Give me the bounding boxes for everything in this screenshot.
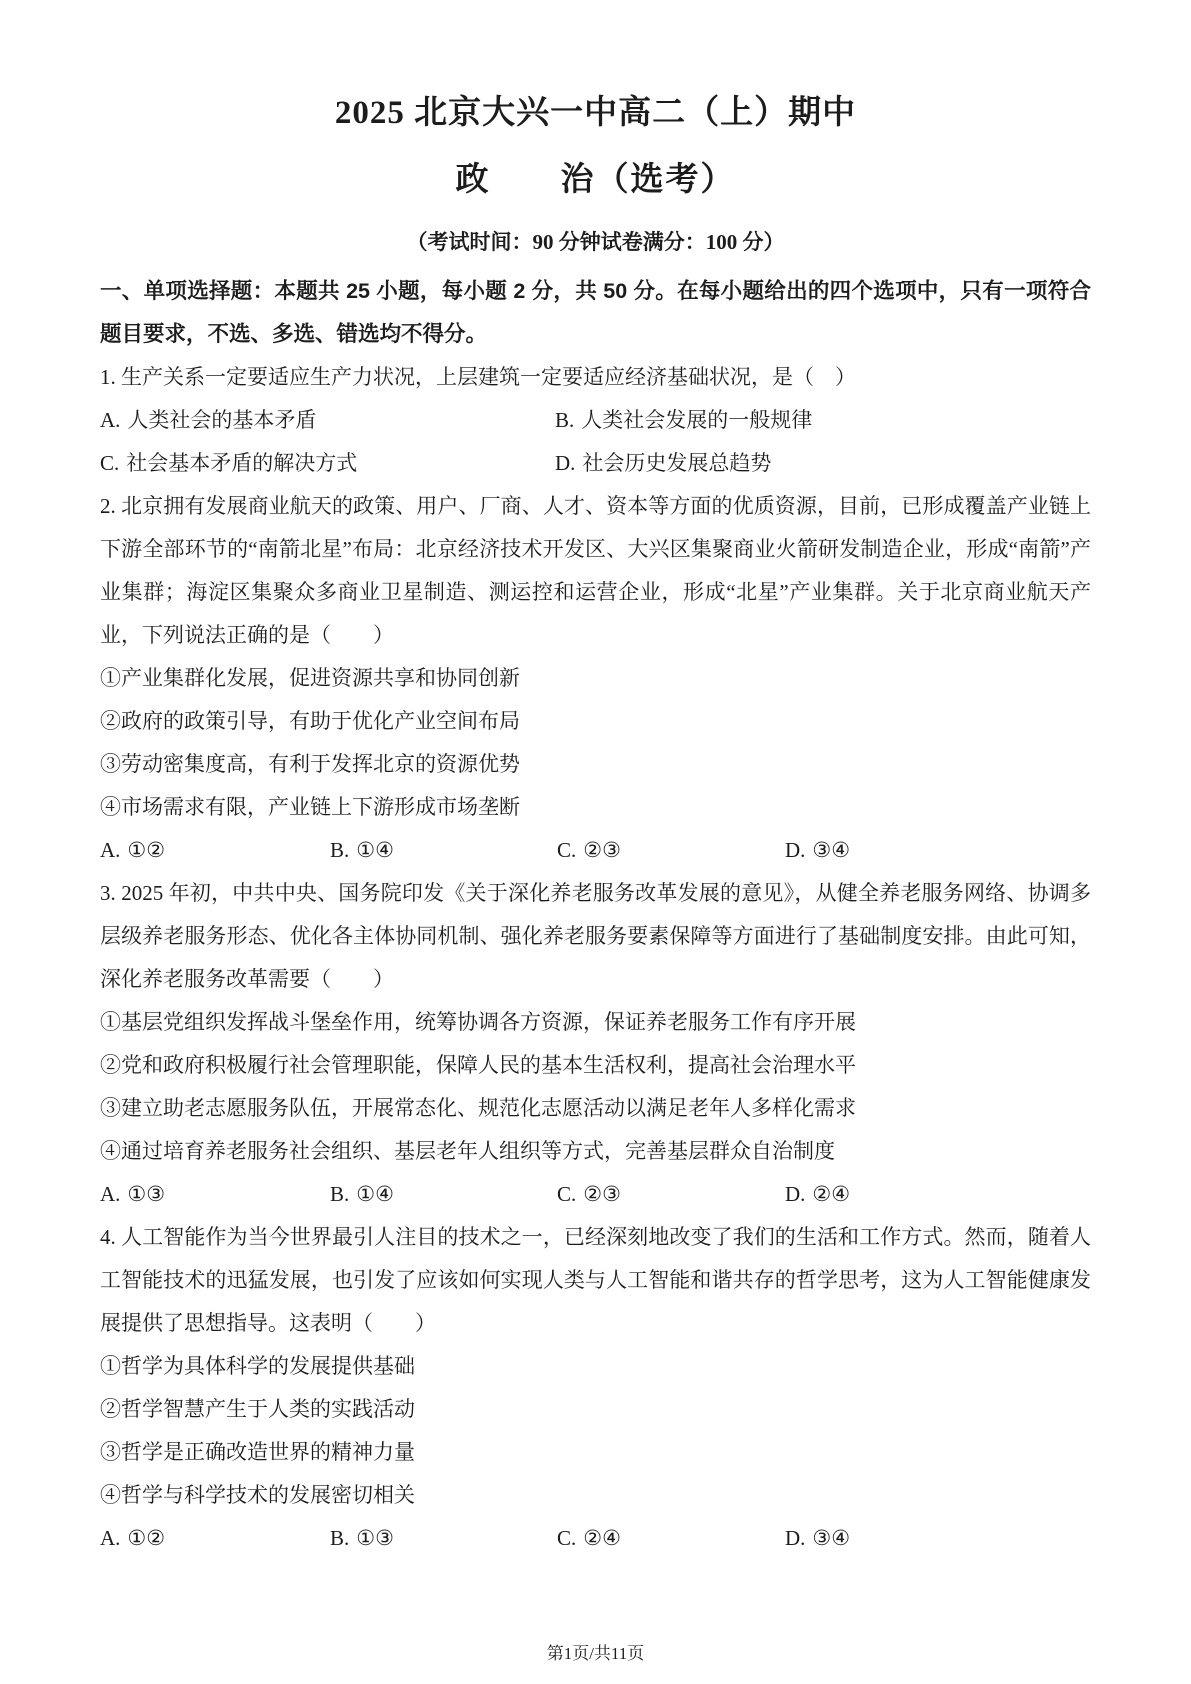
option-label: A. [100,1526,120,1550]
question-3-option-d: D.②④ [785,1173,1091,1216]
question-4-statement-3: ③哲学是正确改造世界的精神力量 [100,1431,1091,1474]
question-4-options: A.①② B.①③ C.②④ D.③④ [100,1517,1091,1560]
question-2-option-b: B.①④ [330,829,557,872]
option-label: B. [330,838,349,862]
option-text: 人类社会的基本矛盾 [127,408,316,432]
question-3-stem: 3. 2025 年初，中共中央、国务院印发《关于深化养老服务改革发展的意见》，从… [100,872,1091,1001]
option-label: D. [555,451,575,475]
page-number: 第1页/共11页 [0,1639,1191,1664]
question-3-statement-4: ④通过培育养老服务社会组织、基层老年人组织等方式，完善基层群众自治制度 [100,1130,1091,1173]
option-text: ①③ [356,1526,394,1550]
question-1-options: A.人类社会的基本矛盾 B.人类社会发展的一般规律 C.社会基本矛盾的解决方式 … [100,399,1091,485]
question-1-option-b: B.人类社会发展的一般规律 [555,399,1091,442]
option-text: ②③ [583,838,621,862]
page-title: 2025 北京大兴一中高二（上）期中 [100,86,1091,133]
question-2-option-a: A.①② [100,829,330,872]
option-label: C. [557,1526,576,1550]
question-3-statement-2: ②党和政府积极履行社会管理职能，保障人民的基本生活权利，提高社会治理水平 [100,1044,1091,1087]
exam-info: （考试时间：90 分钟试卷满分：100 分） [100,226,1091,256]
option-label: A. [100,408,120,432]
question-3: 3. 2025 年初，中共中央、国务院印发《关于深化养老服务改革发展的意见》，从… [100,872,1091,1216]
section-header: 一、单项选择题：本题共 25 小题，每小题 2 分，共 50 分。在每小题给出的… [100,270,1091,356]
question-4-option-c: C.②④ [557,1517,785,1560]
question-2-options: A.①② B.①④ C.②③ D.③④ [100,829,1091,872]
option-text: ①② [127,1526,165,1550]
question-2-option-d: D.③④ [785,829,1091,872]
option-label: B. [555,408,574,432]
question-4-option-a: A.①② [100,1517,330,1560]
option-text: ①③ [127,1182,165,1206]
option-text: ①④ [356,838,394,862]
question-2-statement-2: ②政府的政策引导，有助于优化产业空间布局 [100,700,1091,743]
question-2-statement-3: ③劳动密集度高，有利于发挥北京的资源优势 [100,743,1091,786]
question-4-statement-4: ④哲学与科学技术的发展密切相关 [100,1474,1091,1517]
option-label: B. [330,1182,349,1206]
option-text: ①④ [356,1182,394,1206]
option-label: C. [557,838,576,862]
question-2: 2. 北京拥有发展商业航天的政策、用户、厂商、人才、资本等方面的优质资源，目前，… [100,485,1091,872]
question-1: 1. 生产关系一定要适应生产力状况，上层建筑一定要适应经济基础状况，是（ ） A… [100,356,1091,485]
question-4-option-d: D.③④ [785,1517,1091,1560]
question-4-option-b: B.①③ [330,1517,557,1560]
question-3-option-b: B.①④ [330,1173,557,1216]
question-1-stem: 1. 生产关系一定要适应生产力状况，上层建筑一定要适应经济基础状况，是（ ） [100,356,1091,399]
question-3-option-a: A.①③ [100,1173,330,1216]
question-3-options: A.①③ B.①④ C.②③ D.②④ [100,1173,1091,1216]
option-text: ②④ [812,1182,850,1206]
question-3-statement-3: ③建立助老志愿服务队伍，开展常态化、规范化志愿活动以满足老年人多样化需求 [100,1087,1091,1130]
option-label: D. [785,1526,805,1550]
option-text: 社会历史发展总趋势 [582,451,771,475]
question-2-stem: 2. 北京拥有发展商业航天的政策、用户、厂商、人才、资本等方面的优质资源，目前，… [100,485,1091,657]
option-label: C. [557,1182,576,1206]
question-4: 4. 人工智能作为当今世界最引人注目的技术之一，已经深刻地改变了我们的生活和工作… [100,1216,1091,1560]
option-text: ②③ [583,1182,621,1206]
option-text: ①② [127,838,165,862]
option-text: ③④ [812,838,850,862]
question-1-option-c: C.社会基本矛盾的解决方式 [100,442,555,485]
question-2-statement-1: ①产业集群化发展，促进资源共享和协同创新 [100,657,1091,700]
option-label: C. [100,451,119,475]
question-4-statement-2: ②哲学智慧产生于人类的实践活动 [100,1388,1091,1431]
option-text: ②④ [583,1526,621,1550]
option-label: B. [330,1526,349,1550]
question-3-statement-1: ①基层党组织发挥战斗堡垒作用，统筹协调各方资源，保证养老服务工作有序开展 [100,1001,1091,1044]
option-text: ③④ [812,1526,850,1550]
question-2-option-c: C.②③ [557,829,785,872]
subject-title: 政 治（选考） [100,153,1091,200]
option-label: D. [785,838,805,862]
option-label: A. [100,1182,120,1206]
question-1-option-d: D.社会历史发展总趋势 [555,442,1091,485]
question-2-statement-4: ④市场需求有限，产业链上下游形成市场垄断 [100,786,1091,829]
question-1-option-a: A.人类社会的基本矛盾 [100,399,555,442]
question-4-stem: 4. 人工智能作为当今世界最引人注目的技术之一，已经深刻地改变了我们的生活和工作… [100,1216,1091,1345]
question-4-statement-1: ①哲学为具体科学的发展提供基础 [100,1345,1091,1388]
question-3-option-c: C.②③ [557,1173,785,1216]
option-label: A. [100,838,120,862]
exam-page: 2025 北京大兴一中高二（上）期中 政 治（选考） （考试时间：90 分钟试卷… [0,0,1191,1684]
option-label: D. [785,1182,805,1206]
option-text: 社会基本矛盾的解决方式 [126,451,357,475]
option-text: 人类社会发展的一般规律 [581,408,812,432]
